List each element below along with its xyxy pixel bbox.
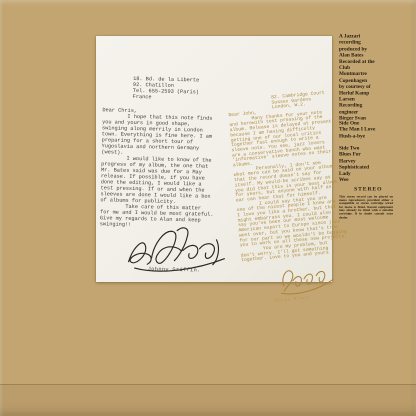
griffin-typed-name: Johnny Griffin. [147,231,226,313]
letters-paper: 18. Bd. de la Liberte 92. Chatillon Tel.… [96,36,332,282]
album-back-cover: 18. Bd. de la Liberte 92. Chatillon Tel.… [0,0,416,416]
sleeve-bottom-shade [0,385,416,416]
credits-column: A Jazzari recording produced by Alan Bat… [339,0,403,416]
stereo-compatibility-note: This stereo record can be played on mono… [339,195,416,227]
side-one-tracks: The Man I Love Hush-a-bye [339,126,375,138]
side-one-heading: Side One [339,120,359,126]
side-one-tracklist: Side OneThe Man I Love Hush-a-bye [339,120,416,145]
stereo-label: STEREO [339,186,416,194]
side-two-heading: Side Two [339,145,359,151]
side-two-tracks: Blues For Harvey Sophisticated Lady Wee [339,151,369,182]
